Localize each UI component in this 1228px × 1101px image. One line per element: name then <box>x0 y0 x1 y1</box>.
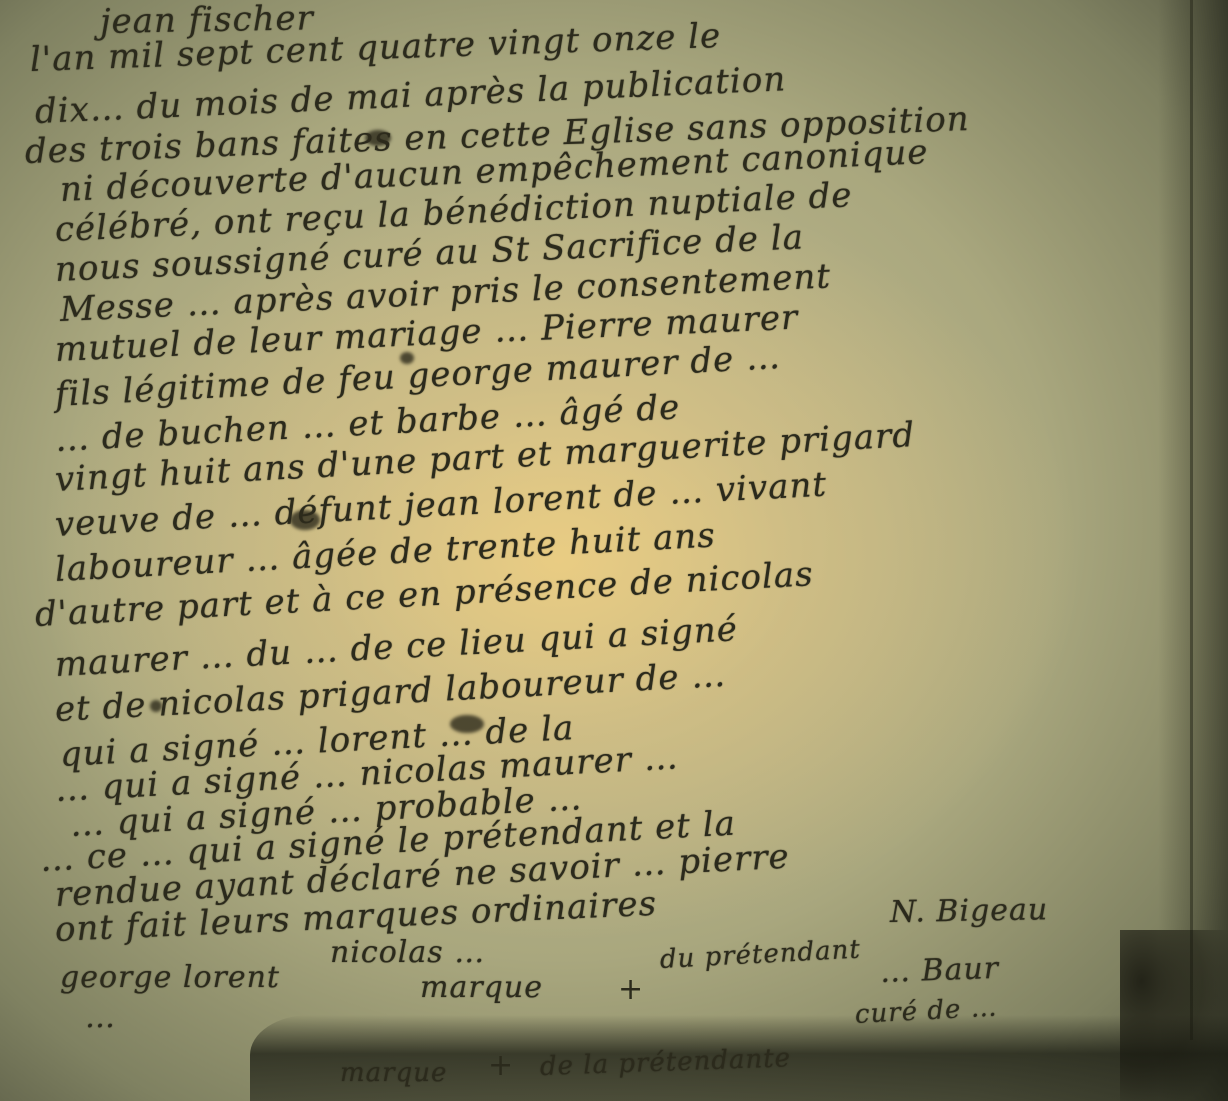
corner-shadow <box>1120 930 1228 1101</box>
groom-mark-label: marque <box>420 970 543 1005</box>
ink-blot <box>365 130 391 146</box>
ink-blot <box>150 700 162 712</box>
bride-mark-label: marque <box>340 1058 447 1088</box>
ink-blot <box>290 510 320 530</box>
signature-baur: … Baur <box>879 951 999 990</box>
document-photo: jean fischer l'an mil sept cent quatre v… <box>0 0 1228 1101</box>
groom-mark-caption: du prétendant <box>659 934 861 974</box>
groom-cross-mark: + <box>618 972 643 1007</box>
signature-left-2: … <box>85 1000 116 1035</box>
page-edge-line <box>1190 0 1193 1040</box>
ink-blot <box>400 352 414 364</box>
bride-cross-mark: + <box>488 1048 513 1083</box>
signature-nicolas: nicolas … <box>330 935 485 970</box>
signature-bigeau: N. Bigeau <box>890 892 1049 930</box>
ink-blot <box>450 715 484 733</box>
signature-george-lorent: george lorent <box>60 960 280 995</box>
